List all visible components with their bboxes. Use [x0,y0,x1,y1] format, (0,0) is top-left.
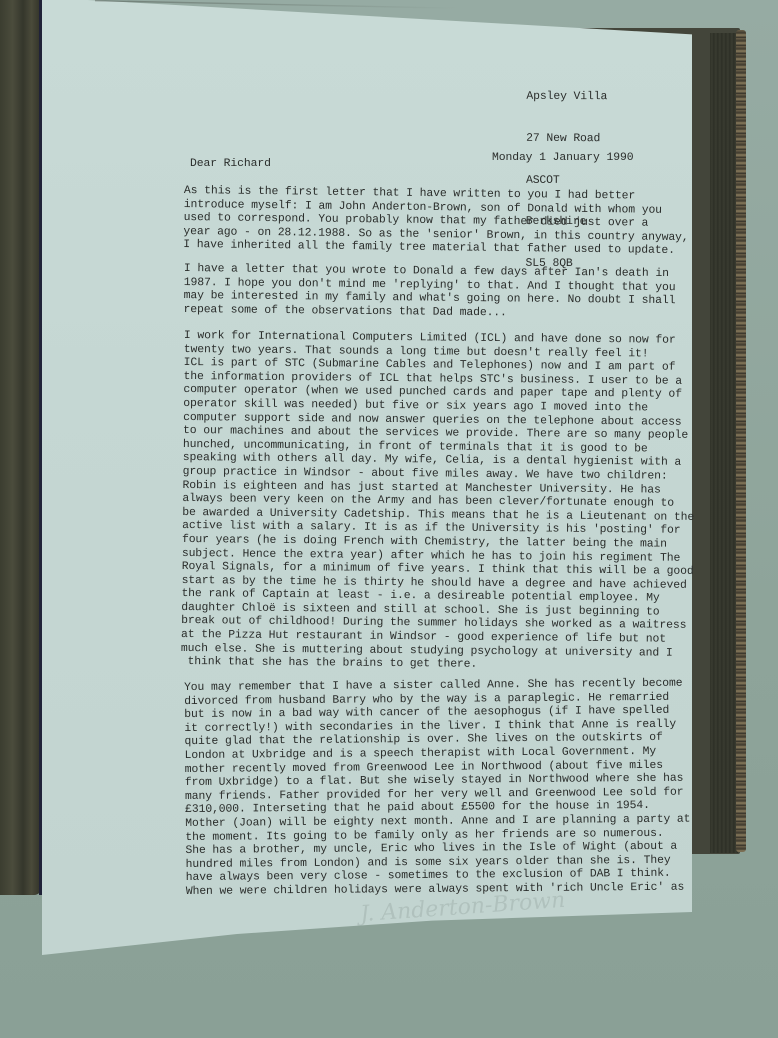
binder-edge [736,30,746,852]
paragraph-2: I have a letter that you wrote to Donald… [183,263,675,323]
salutation: Dear Richard [190,158,271,172]
address-line: Apsley Villa [526,90,607,105]
binder-spine-left [0,0,42,895]
address-line: ASCOT [526,173,607,188]
paragraph-4: You may remember that I have a sister ca… [184,678,691,900]
address-line: 27 New Road [526,132,607,147]
letter-date: Monday 1 January 1990 [492,152,633,166]
paragraph-3: I work for International Computers Limit… [181,330,696,675]
paragraph-1: As this is the first letter that I have … [183,185,689,259]
binder-page-stack [710,33,738,853]
